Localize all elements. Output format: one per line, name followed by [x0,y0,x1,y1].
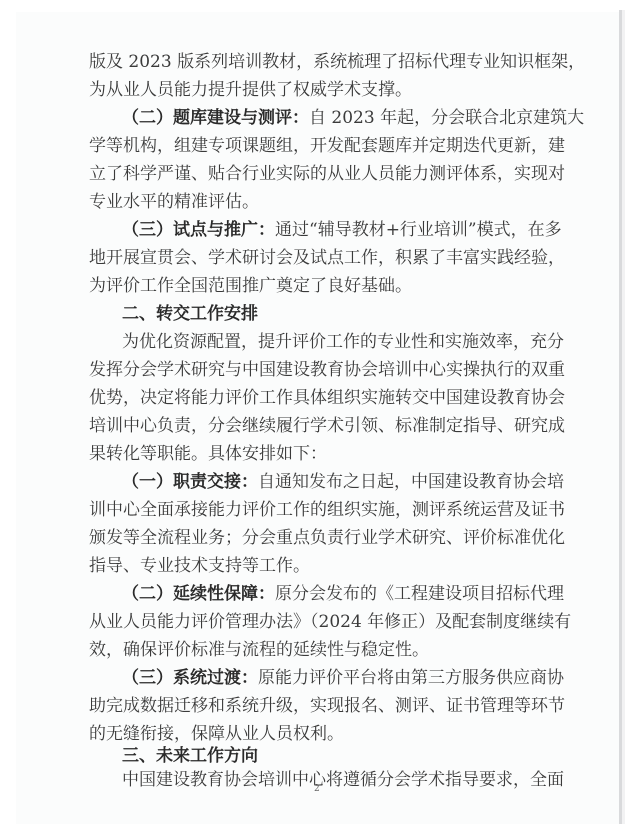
item-title: （二）延续性保障： [122,584,275,604]
item-title: （二）题库建设与测评： [122,108,309,128]
line-text: 培训中心负责，分会继续履行学术引领、标准制定指导、研究成 [89,416,565,436]
page-number: 2 [314,784,320,794]
section-item-continuity: （二）延续性保障：原分会发布的《工程建设项目招标代理 [122,582,541,606]
item-title: （三）系统过渡： [122,668,258,688]
text-line: 效，确保评价标准与流程的延续性与稳定性。 [89,638,541,662]
text-line: 优势，决定将能力评价工作具体组织实施转交中国建设教育协会 [89,386,541,410]
text-line: 的无缝衔接，保障从业人员权利。 [89,722,541,746]
line-text: 优势，决定将能力评价工作具体组织实施转交中国建设教育协会 [89,388,565,408]
line-text: 通过“辅导教材+行业培训”模式，在多 [275,220,562,240]
line-text: 学等机构，组建专项课题组，开发配套题库并定期迭代更新，建 [89,136,565,156]
heading-text: 二、转交工作安排 [122,304,258,324]
text-line: 专业水平的精准评估。 [89,190,541,214]
section-item-system-transition: （三）系统过渡：原能力评价平台将由第三方服务供应商协 [122,666,541,690]
line-text: 中国建设教育协会培训中心将遵循分会学术指导要求，全面 [122,770,564,790]
text-line: 中国建设教育协会培训中心将遵循分会学术指导要求，全面 [122,768,541,792]
line-text: 为从业人员能力提升提供了权威学术支撑。 [89,80,412,100]
line-text: 指导、专业技术支持等工作。 [89,556,310,576]
line-text: 为优化资源配置，提升评价工作的专业性和实施效率，充分 [122,332,564,352]
line-text: 版及 2023 版系列培训教材，系统梳理了招标代理专业知识框架， [89,52,585,72]
text-line: 地开展宣贯会、学术研讨会及试点工作，积累了丰富实践经验， [89,246,541,270]
line-text: 效，确保评价标准与流程的延续性与稳定性。 [89,640,429,660]
section-heading-future: 三、未来工作方向 [122,744,258,768]
line-text: 助完成数据迁移和系统升级，实现报名、测评、证书管理等环节 [89,696,565,716]
heading-text: 三、未来工作方向 [122,746,258,766]
text-line: 指导、专业技术支持等工作。 [89,554,541,578]
line-text: 发挥分会学术研究与中国建设教育协会培训中心实操执行的双重 [89,360,565,380]
line-text: 原能力评价平台将由第三方服务供应商协 [258,668,564,688]
text-line: 为评价工作全国范围推广奠定了良好基础。 [89,274,541,298]
line-text: 果转化等职能。具体安排如下： [89,444,327,464]
text-line: 训中心全面承接能力评价工作的组织实施，测评系统运营及证书 [89,498,541,522]
line-text: 地开展宣贯会、学术研讨会及试点工作，积累了丰富实践经验， [89,248,565,268]
line-text: 自 2023 年起，分会联合北京建筑大 [309,108,584,128]
section-item-pilot: （三）试点与推广：通过“辅导教材+行业培训”模式，在多 [122,218,541,242]
section-item-responsibility: （一）职责交接：自通知发布之日起，中国建设教育协会培 [122,470,541,494]
text-line: 从业人员能力评价管理办法》（2024 年修正）及配套制度继续有 [89,610,541,634]
line-text: 自通知发布之日起，中国建设教育协会培 [258,472,564,492]
line-text: 原分会发布的《工程建设项目招标代理 [275,584,564,604]
text-line: 立了科学严谨、贴合行业实际的从业人员能力测评体系，实现对 [89,162,541,186]
text-line: 版及 2023 版系列培训教材，系统梳理了招标代理专业知识框架， [89,50,541,74]
line-text: 专业水平的精准评估。 [89,192,259,212]
text-line: 颁发等全流程业务；分会重点负责行业学术研究、评价标准优化 [89,526,541,550]
text-line: 培训中心负责，分会继续履行学术引领、标准制定指导、研究成 [89,414,541,438]
text-line: 学等机构，组建专项课题组，开发配套题库并定期迭代更新，建 [89,134,541,158]
text-line: 为优化资源配置，提升评价工作的专业性和实施效率，充分 [122,330,541,354]
text-line: 果转化等职能。具体安排如下： [89,442,541,466]
line-text: 为评价工作全国范围推广奠定了良好基础。 [89,276,412,296]
text-line: 为从业人员能力提升提供了权威学术支撑。 [89,78,541,102]
line-text: 训中心全面承接能力评价工作的组织实施，测评系统运营及证书 [89,500,565,520]
text-line: 发挥分会学术研究与中国建设教育协会培训中心实操执行的双重 [89,358,541,382]
line-text: 颁发等全流程业务；分会重点负责行业学术研究、评价标准优化 [89,528,565,548]
line-text: 立了科学严谨、贴合行业实际的从业人员能力测评体系，实现对 [89,164,565,184]
section-item-question-bank: （二）题库建设与测评：自 2023 年起，分会联合北京建筑大 [122,106,541,130]
item-title: （三）试点与推广： [122,220,275,240]
item-title: （一）职责交接： [122,472,258,492]
text-line: 助完成数据迁移和系统升级，实现报名、测评、证书管理等环节 [89,694,541,718]
line-text: 从业人员能力评价管理办法》（2024 年修正）及配套制度继续有 [89,612,571,632]
line-text: 的无缝衔接，保障从业人员权利。 [89,724,344,744]
section-heading-transfer: 二、转交工作安排 [122,302,258,326]
